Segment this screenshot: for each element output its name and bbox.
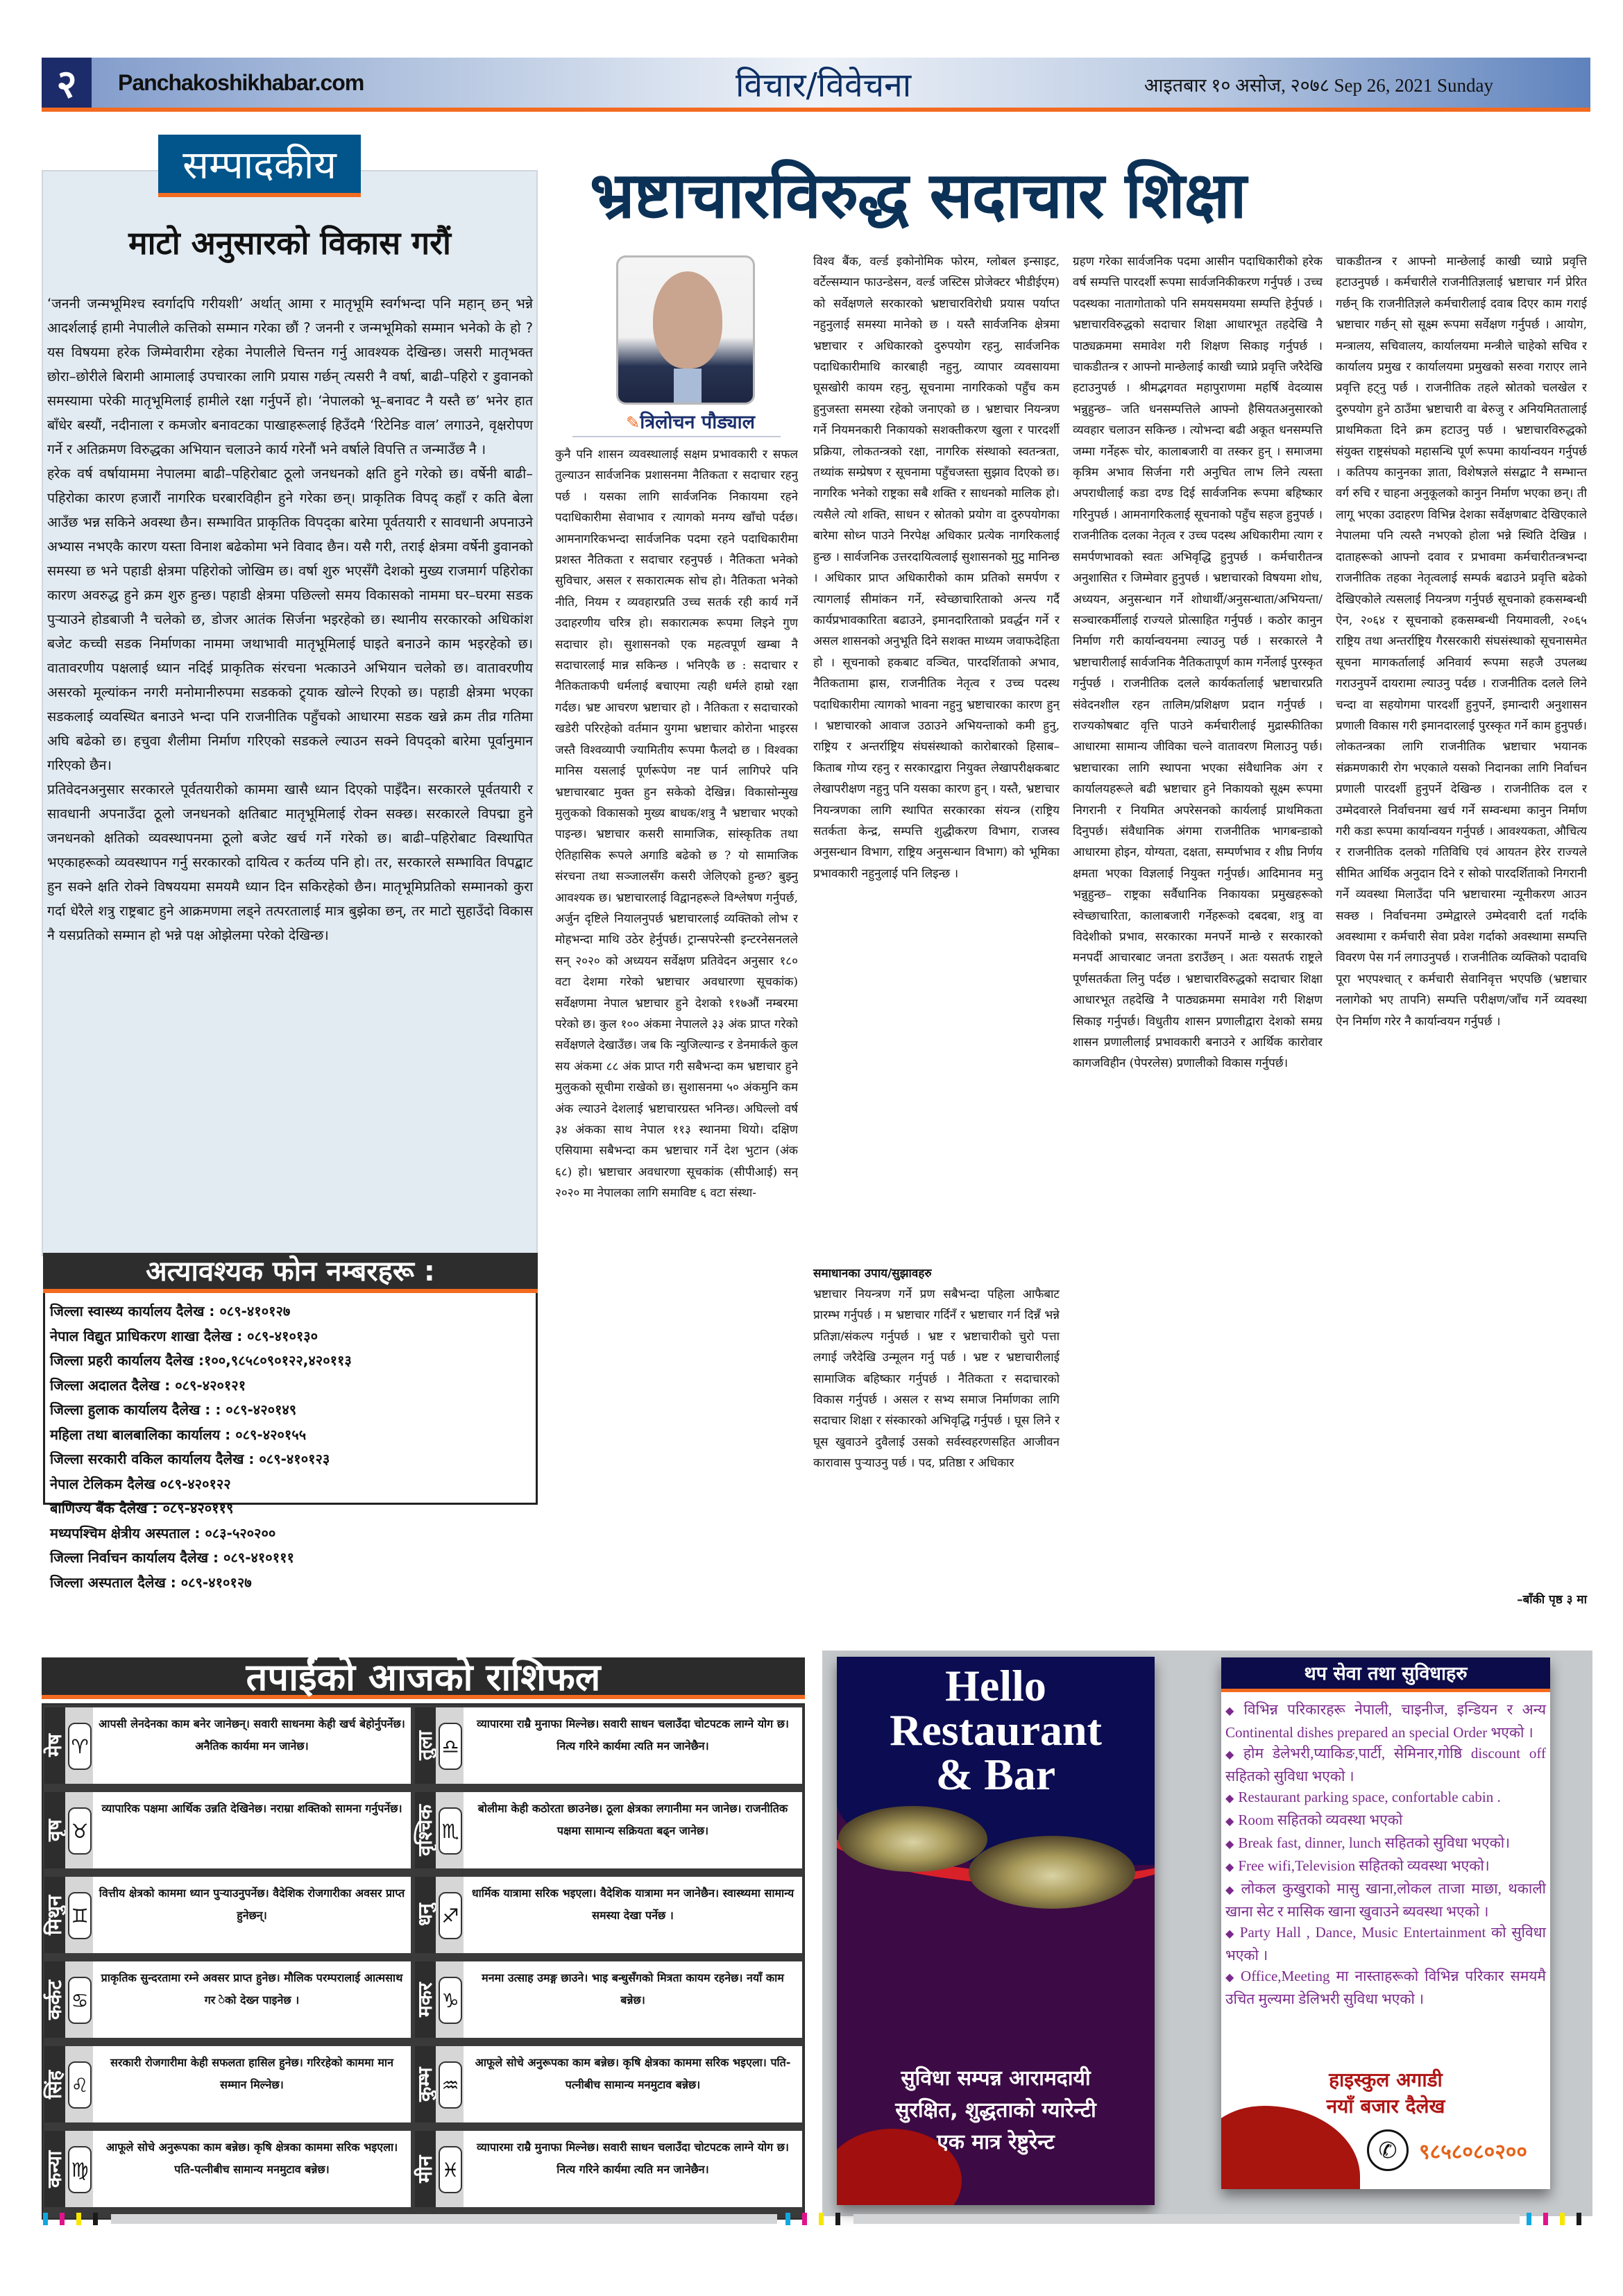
- phone-item: जिल्ला अदालत दैलेख : ०८९-४२०१२१: [50, 1374, 536, 1399]
- horoscope-taurus: वृष ♉ व्यापारिक पक्षमा आर्थिक उन्नति देख…: [44, 1792, 411, 1868]
- pen-icon: ✎: [626, 413, 640, 432]
- restaurant-ad-tagline: सुविधा सम्पन्न आरामदायी सुरक्षित, शुद्धत…: [837, 2063, 1155, 2159]
- page-header: २ Panchakoshikhabar.com विचार/विवेचना आइ…: [42, 58, 1590, 112]
- phone-item: नेपाल टेलिकम दैलेख ०८९-४२०१२२: [50, 1472, 536, 1497]
- service-item: ◆Office,Meeting मा नास्ताहरूको विभिन्न प…: [1225, 1966, 1546, 2009]
- editorial-body: ‘जननी जन्मभूमिश्च स्वर्गादपि गरीयशी’ अर्…: [47, 292, 533, 947]
- editorial-title: माटो अनुसारको विकास गरौं: [42, 221, 538, 264]
- diamond-bullet-icon: ◆: [1225, 1862, 1234, 1873]
- service-item: ◆Free wifi,Television सहितको व्यवस्था भए…: [1225, 1855, 1546, 1878]
- scorpion-icon: ♏: [439, 1807, 462, 1855]
- registration-mark-black: [93, 2213, 98, 2225]
- editorial-badge: सम्पादकीय: [158, 135, 361, 197]
- sign-text: आफूले सोचे अनुरूपका काम बन्नेछ। कृषि क्ष…: [468, 2052, 798, 2096]
- sign-text: व्यापारिक पक्षमा आर्थिक उन्नति देखिनेछ। …: [97, 1798, 407, 1820]
- sign-text: बोलीमा केही कठोरता छाउनेछ। ठूला क्षेत्रक…: [468, 1798, 798, 1842]
- twins-icon: ♊: [68, 1892, 92, 1939]
- sign-name: कुम्भ: [415, 2046, 436, 2122]
- diamond-bullet-icon: ◆: [1225, 1793, 1234, 1805]
- registration-mark-magenta: [1543, 2213, 1548, 2225]
- sign-name: मेष: [44, 1707, 65, 1784]
- sign-name: वृश्चिक: [415, 1792, 436, 1868]
- sign-name: मकर: [415, 1961, 436, 2038]
- phone-item: बाणिज्य बैंक दैलेख : ०८९-४२०११९: [50, 1496, 536, 1521]
- sign-name: मिथुन: [44, 1877, 65, 1953]
- page-number: २: [42, 58, 92, 108]
- diamond-bullet-icon: ◆: [1225, 1972, 1237, 1984]
- restaurant-photo-2: [969, 1836, 1135, 1909]
- phone-item: जिल्ला स्वास्थ्य कार्यालय दैलेख : ०८९-४१…: [50, 1299, 536, 1324]
- diamond-bullet-icon: ◆: [1225, 1749, 1239, 1761]
- article-text: भ्रष्टाचार नियन्त्रण गर्ने प्रण सबैभन्दा…: [813, 1288, 1060, 1470]
- service-item: ◆Break fast, dinner, lunch सहितको सुविधा…: [1225, 1832, 1546, 1855]
- services-address: हाइस्कुल अगाडी नयाँ बजार दैलेख: [1221, 2067, 1550, 2120]
- footer-bar: [853, 2214, 1520, 2224]
- diamond-bullet-icon: ◆: [1225, 1816, 1234, 1827]
- registration-mark-yellow: [76, 2213, 81, 2225]
- continued-link[interactable]: –बाँकी पृष्ठ ३ मा: [1336, 1589, 1587, 1610]
- services-list: ◆विभिन्न परिकारहरू नेपाली, चाइनीज, इन्डि…: [1225, 1699, 1546, 2009]
- registration-mark-black: [835, 2213, 840, 2225]
- registration-mark-magenta: [802, 2213, 807, 2225]
- horoscope-sagittarius: धनु ♐ धार्मिक यात्रामा सरिक भइएला। वैदेश…: [415, 1877, 802, 1953]
- sign-text: व्यापारमा राम्रै मुनाफा मिल्नेछ। सवारी स…: [468, 1713, 798, 1757]
- horoscope-aries: मेष ♈ आपसी लेनदेनका काम बनेर जानेछन्। सव…: [44, 1707, 411, 1784]
- lion-icon: ♌: [68, 2061, 92, 2109]
- sign-name: वृष: [44, 1792, 65, 1868]
- horoscope-scorpio: वृश्चिक ♏ बोलीमा केही कठोरता छाउनेछ। ठूल…: [415, 1792, 802, 1868]
- article-column-2b: भ्रष्टाचार नियन्त्रण गर्ने प्रण सबैभन्दा…: [813, 1284, 1060, 1610]
- article-text: विश्व बैंक, वर्ल्ड इकोनोमिक फोरम, ग्लोबल…: [813, 255, 1060, 881]
- footer-bar: [111, 2214, 777, 2224]
- article-column-3: ग्रहण गरेका सार्वजनिक पदमा आसीन पदाधिकार…: [1073, 251, 1323, 1610]
- horoscope-virgo: कन्या ♍ आफूले सोचे अनुरूपका काम बन्नेछ। …: [44, 2131, 411, 2207]
- dateline: आइतबार १० असोज, २०७८ Sep 26, 2021 Sunday: [1144, 71, 1493, 97]
- phone-item: जिल्ला सरकारी वकिल कार्यालय दैलेख : ०८९-…: [50, 1447, 536, 1472]
- phone-item: मध्यपश्चिम क्षेत्रीय अस्पताल : ०८३-५२०२०…: [50, 1521, 536, 1546]
- sign-text: आपसी लेनदेनका काम बनेर जानेछन्। सवारी सा…: [97, 1713, 407, 1757]
- section-title: विचार/विवेचना: [736, 62, 911, 107]
- fish-icon: ♓: [439, 2146, 462, 2193]
- services-heading: थप सेवा तथा सुविधाहरु: [1221, 1657, 1550, 1692]
- service-item: ◆Room सहितको व्यवस्था भएको: [1225, 1809, 1546, 1832]
- registration-mark-black: [1577, 2213, 1581, 2225]
- services-ad[interactable]: थप सेवा तथा सुविधाहरु ◆विभिन्न परिकारहरू…: [1221, 1657, 1550, 2189]
- maiden-icon: ♍: [68, 2146, 92, 2193]
- sign-text: आफूले सोचे अनुरूपका काम बन्नेछ। कृषि क्ष…: [97, 2136, 407, 2181]
- service-item: ◆Restaurant parking space, confortable c…: [1225, 1787, 1546, 1809]
- horoscope-grid: मेष ♈ आपसी लेनदेनका काम बनेर जानेछन्। सव…: [42, 1703, 805, 2220]
- continued-note: –बाँकी पृष्ठ ३ मा: [1336, 1589, 1587, 1612]
- phone-item: नेपाल विद्युत प्राधिकरण शाखा दैलेख : ०८९…: [50, 1324, 536, 1349]
- restaurant-ad-title: Hello Restaurant & Bar: [837, 1664, 1155, 1797]
- services-phone-number[interactable]: ९८५८०८०२००: [1419, 2136, 1527, 2165]
- sign-name: सिंह: [44, 2046, 65, 2122]
- phone-item: जिल्ला अस्पताल दैलेख : ०८९-४१०१२७: [50, 1571, 536, 1596]
- phone-icon: ✆: [1367, 2129, 1409, 2171]
- service-item: ◆लोकल कुखुराको मासु खाना,लोकल ताजा माछा,…: [1225, 1878, 1546, 1922]
- registration-mark-cyan: [43, 2213, 48, 2225]
- subheading-solutions: समाधानका उपाय/सुझावहरु: [813, 1267, 932, 1281]
- editorial-paragraph: ‘जननी जन्मभूमिश्च स्वर्गादपि गरीयशी’ अर्…: [47, 292, 533, 462]
- sign-name: कन्या: [44, 2131, 65, 2207]
- article-text: कुनै पनि शासन व्यवस्थालाई सक्षम प्रभावका…: [555, 448, 798, 1200]
- phone-item: जिल्ला निर्वाचन कार्यालय दैलेख : ०८९-४१०…: [50, 1546, 536, 1571]
- horoscope-aquarius: कुम्भ ♒ आफूले सोचे अनुरूपका काम बन्नेछ। …: [415, 2046, 802, 2122]
- service-item: ◆Party Hall , Dance, Music Entertainment…: [1225, 1922, 1546, 1966]
- article-column-4: चाकडीतन्त्र र आफ्नो मान्छेलाई काखी च्याप…: [1336, 251, 1587, 1591]
- horoscope-cancer: कर्कट ♋ प्राकृतिक सुन्दरतामा रम्ने अवसर …: [44, 1961, 411, 2038]
- diamond-bullet-icon: ◆: [1225, 1705, 1239, 1717]
- phone-numbers-heading: अत्यावश्यक फोन नम्बरहरू :: [43, 1253, 538, 1293]
- sign-text: धार्मिक यात्रामा सरिक भइएला। वैदेशिक यात…: [468, 1882, 798, 1927]
- site-name[interactable]: Panchakoshikhabar.com: [118, 70, 364, 96]
- restaurant-photo-1: [838, 1806, 987, 1872]
- sign-text: सरकारी रोजगारीमा केही सफलता हासिल हुनेछ।…: [97, 2052, 407, 2096]
- archer-icon: ♐: [439, 1892, 462, 1939]
- sign-text: वित्तीय क्षेत्रको काममा ध्यान पुऱ्याउनुप…: [97, 1882, 407, 1927]
- water-bearer-icon: ♒: [439, 2061, 462, 2109]
- sign-name: तुला: [415, 1707, 436, 1784]
- sign-name: कर्कट: [44, 1961, 65, 2038]
- registration-mark-cyan: [785, 2213, 790, 2225]
- crab-icon: ♋: [68, 1977, 92, 2024]
- registration-mark-yellow: [819, 2213, 824, 2225]
- horoscope-leo: सिंह ♌ सरकारी रोजगारीमा केही सफलता हासिल…: [44, 2046, 411, 2122]
- registration-mark-cyan: [1527, 2213, 1531, 2225]
- sign-name: मीन: [415, 2131, 436, 2207]
- registration-mark-magenta: [60, 2213, 65, 2225]
- editorial-paragraph: प्रतिवेदनअनुसार सरकारले पूर्वतयारीको काम…: [47, 777, 533, 947]
- horoscope-capricorn: मकर ♑ मनमा उत्साह उमङ्ग छाउने। भाइ बन्धु…: [415, 1961, 802, 2038]
- restaurant-ad[interactable]: Hello Restaurant & Bar सुविधा सम्पन्न आर…: [837, 1657, 1155, 2205]
- article-headline: भ्रष्टाचारविरुद्ध सदाचार शिक्षा: [590, 149, 1246, 236]
- phone-item: महिला तथा बालबालिका कार्यालय : ०८९-४२०१५…: [50, 1423, 536, 1448]
- byline-divider: [572, 436, 781, 437]
- sign-name: धनु: [415, 1877, 436, 1953]
- article-column-1: कुनै पनि शासन व्यवस्थालाई सक्षम प्रभावका…: [555, 444, 798, 1242]
- sign-text: व्यापारमा राम्रै मुनाफा मिल्नेछ। सवारी स…: [468, 2136, 798, 2181]
- horoscope-heading: तपाईंको आजको राशिफल: [42, 1657, 805, 1699]
- scales-icon: ♎: [439, 1723, 462, 1770]
- author-photo: [616, 255, 755, 405]
- editorial-paragraph: हरेक वर्ष वर्षायाममा नेपालमा बाढी–पहिरोब…: [47, 462, 533, 777]
- service-item: ◆होम डेलेभरी,प्याकिङ,पार्टी, सेमिनार,गोष…: [1225, 1743, 1546, 1787]
- goat-icon: ♑: [439, 1977, 462, 2024]
- registration-mark-yellow: [1560, 2213, 1565, 2225]
- sign-text: प्राकृतिक सुन्दरतामा रम्ने अवसर प्राप्त …: [97, 1967, 407, 2011]
- sign-text: मनमा उत्साह उमङ्ग छाउने। भाइ बन्धुसँगको …: [468, 1967, 798, 2011]
- horoscope-pisces: मीन ♓ व्यापारमा राम्रै मुनाफा मिल्नेछ। स…: [415, 2131, 802, 2207]
- diamond-bullet-icon: ◆: [1225, 1884, 1237, 1896]
- horoscope-gemini: मिथुन ♊ वित्तीय क्षेत्रको काममा ध्यान पु…: [44, 1877, 411, 1953]
- service-item: ◆विभिन्न परिकारहरू नेपाली, चाइनीज, इन्डि…: [1225, 1699, 1546, 1743]
- phone-numbers-list: जिल्ला स्वास्थ्य कार्यालय दैलेख : ०८९-४१…: [50, 1299, 536, 1595]
- horoscope-libra: तुला ♎ व्यापारमा राम्रै मुनाफा मिल्नेछ। …: [415, 1707, 802, 1784]
- article-text: ग्रहण गरेका सार्वजनिक पदमा आसीन पदाधिकार…: [1073, 255, 1323, 1070]
- author-byline: ✎त्रिलोचन पौड्याल: [611, 408, 770, 434]
- author-name: त्रिलोचन पौड्याल: [640, 412, 755, 433]
- diamond-bullet-icon: ◆: [1225, 1839, 1234, 1850]
- article-text: चाकडीतन्त्र र आफ्नो मान्छेलाई काखी च्याप…: [1336, 255, 1587, 1029]
- diamond-bullet-icon: ◆: [1225, 1928, 1236, 1940]
- phone-item: जिल्ला प्रहरी कार्यालय दैलेख :१००,९८५८०९…: [50, 1349, 536, 1374]
- bull-icon: ♉: [68, 1807, 92, 1855]
- ram-icon: ♈: [68, 1723, 92, 1770]
- article-column-2: विश्व बैंक, वर्ल्ड इकोनोमिक फोरम, ग्लोबल…: [813, 251, 1060, 1235]
- phone-item: जिल्ला हुलाक कार्यालय दैलेख : : ०८९-४२०१…: [50, 1398, 536, 1423]
- article-subheading: समाधानका उपाय/सुझावहरु: [813, 1263, 1060, 1280]
